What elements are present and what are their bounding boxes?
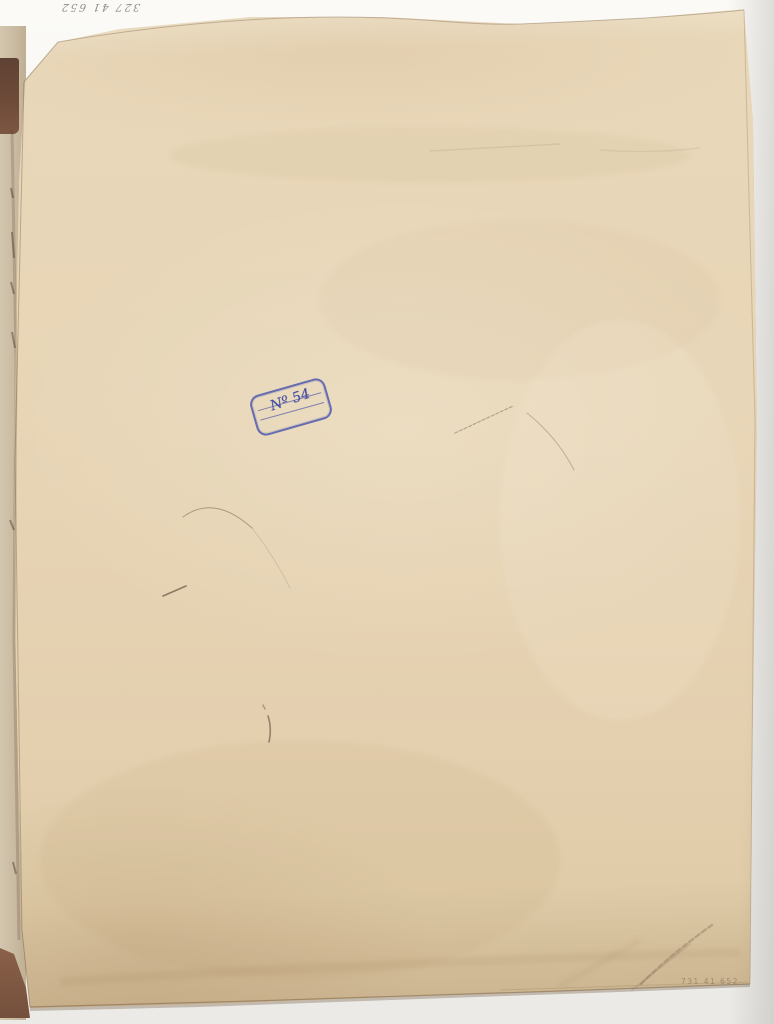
paper-mottling <box>40 127 740 985</box>
pencil-marks-overlay <box>0 0 774 1024</box>
gutter-crease-marks <box>10 130 19 940</box>
scan-background: 327 41 652 Nº 54 731 41 652 <box>0 0 774 1024</box>
inscription-top-left-pencil: 327 41 652 <box>59 1 141 13</box>
inventory-stamp-bottom-right: 731 41 652 <box>681 977 739 986</box>
